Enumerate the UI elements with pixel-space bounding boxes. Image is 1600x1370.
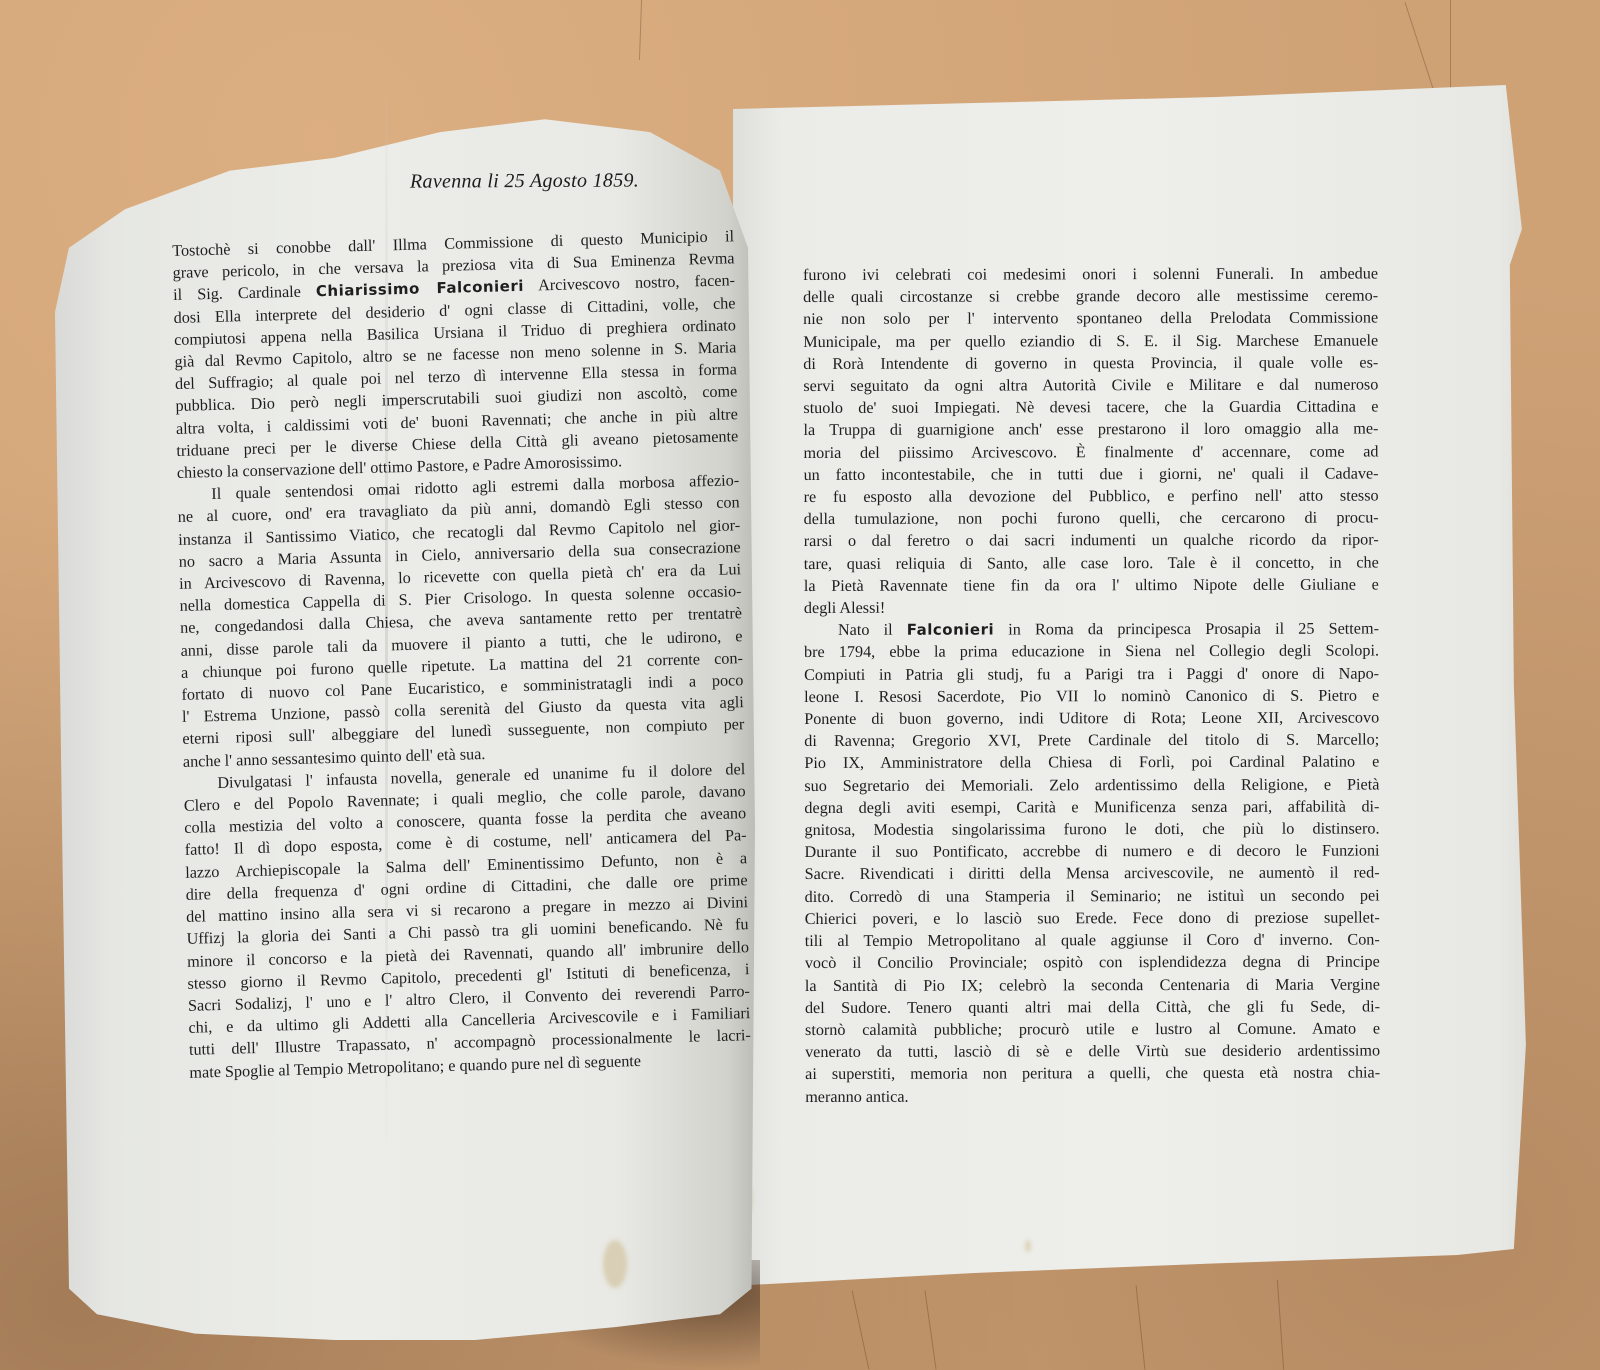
text-line: Compiuti in Patria gli studj, fu a Parig… bbox=[804, 662, 1379, 686]
paragraph: Tostochè si conobbe dall' Illma Commissi… bbox=[172, 225, 739, 484]
text-line: vocò il Concilio Provinciale; ospitò con… bbox=[805, 951, 1380, 975]
text-line: un fatto incontestabile, che in tutti du… bbox=[804, 462, 1379, 486]
text-line: moria del piissimo Arcivescovo. È finalm… bbox=[803, 440, 1378, 464]
text-line: Ponente di buon governo, indi Uditore di… bbox=[804, 707, 1379, 731]
right-page-text: furono ivi celebrati coi medesimi onori … bbox=[803, 262, 1380, 1107]
text-line: tili al Tempio Metropolitano al quale ag… bbox=[805, 929, 1380, 953]
text-line: Sacre. Rivendicati i diritti della Mensa… bbox=[805, 862, 1380, 886]
board-crack bbox=[852, 1291, 870, 1369]
paragraph: Nato il Falconieri in Roma da principesc… bbox=[804, 618, 1380, 1108]
text-line: di Rorà Intendente di governo in questa … bbox=[803, 351, 1378, 375]
text-line: Chierici poveri, e lo lasciò suo Erede. … bbox=[805, 906, 1380, 930]
board-crack bbox=[924, 1290, 936, 1369]
board-crack bbox=[1450, 0, 1451, 90]
text-line: ai superstiti, memoria non peritura a qu… bbox=[805, 1062, 1380, 1086]
text-line: tare, quasi reliquia di Santo, alle case… bbox=[804, 551, 1379, 575]
document-dateline: Ravenna li 25 Agosto 1859. bbox=[410, 169, 670, 193]
text-line: del Sudore. Tenero quanti altri mai dell… bbox=[805, 995, 1380, 1019]
text-line: dito. Corredò di una Stamperia il Semina… bbox=[805, 884, 1380, 908]
board-crack bbox=[1405, 2, 1437, 97]
text-line: Nato il Falconieri in Roma da principesc… bbox=[804, 618, 1379, 642]
text-line: nie non solo per l' intervento spontaneo… bbox=[803, 307, 1378, 331]
left-page-text: Tostochè si conobbe dall' Illma Commissi… bbox=[172, 225, 751, 1083]
text-line: della tumulazione, non pochi furono quel… bbox=[804, 507, 1379, 531]
text-line: stornò calamità pubbliche; procurò utile… bbox=[805, 1017, 1380, 1041]
text-line: bre 1794, ebbe la prima educazione in Si… bbox=[804, 640, 1379, 664]
text-line: degli Alessi! bbox=[804, 596, 1379, 620]
text-line: di Ravenna; Gregorio XVI, Prete Cardinal… bbox=[804, 729, 1379, 753]
emphasized-name: Chiarissimo Falconieri bbox=[316, 277, 524, 300]
text-line: delle quali circostanze si crebbe grande… bbox=[803, 285, 1378, 309]
paragraph: furono ivi celebrati coi medesimi onori … bbox=[803, 262, 1379, 619]
board-crack bbox=[1136, 1285, 1146, 1370]
text-line: Durante il suo Pontificato, accrebbe di … bbox=[805, 840, 1380, 864]
text-line: la Truppa di guarnigione anch' esse pres… bbox=[803, 418, 1378, 442]
text-line: venerato da tutti, lasciò di sè e delle … bbox=[805, 1040, 1380, 1064]
text-line: stuolo de' suoi Impiegati. Nè devesi tac… bbox=[803, 396, 1378, 420]
board-crack bbox=[639, 0, 642, 60]
text-line: gnitosa, Modestia singolarissima furono … bbox=[804, 818, 1379, 842]
paragraph: Divulgatasi l' infausta novella, general… bbox=[183, 758, 751, 1083]
paragraph: Il quale sentendosi omai ridotto agli es… bbox=[177, 469, 745, 772]
text-line: la Pietà Ravennate tiene fin da ora l' u… bbox=[804, 573, 1379, 597]
text-line: Pio IX, Amministratore della Chiesa di F… bbox=[804, 751, 1379, 775]
text-line: suo Segretario dei Memoriali. Zelo arden… bbox=[804, 773, 1379, 797]
paper-stain bbox=[603, 1240, 627, 1288]
text-line: meranno antica. bbox=[805, 1084, 1380, 1108]
paper-stain bbox=[1025, 1240, 1031, 1252]
text-line: servi seguitato da ogni altra Autorità C… bbox=[803, 374, 1378, 398]
board-crack bbox=[1277, 1280, 1284, 1370]
text-line: degna degli aviti esempi, Carità e Munif… bbox=[804, 795, 1379, 819]
text-line: re fu esposto alla devozione del Pubblic… bbox=[804, 485, 1379, 509]
text-line: Municipale, ma per quello eziandio di S.… bbox=[803, 329, 1378, 353]
text-line: leone I. Resosi Sacerdote, Pio VII lo no… bbox=[804, 684, 1379, 708]
text-line: furono ivi celebrati coi medesimi onori … bbox=[803, 262, 1378, 286]
text-line: la Santità di Pio IX; celebrò la seconda… bbox=[805, 973, 1380, 997]
text-line: rarsi o dal feretro o dai sacri indument… bbox=[804, 529, 1379, 553]
emphasized-name: Falconieri bbox=[907, 621, 994, 639]
